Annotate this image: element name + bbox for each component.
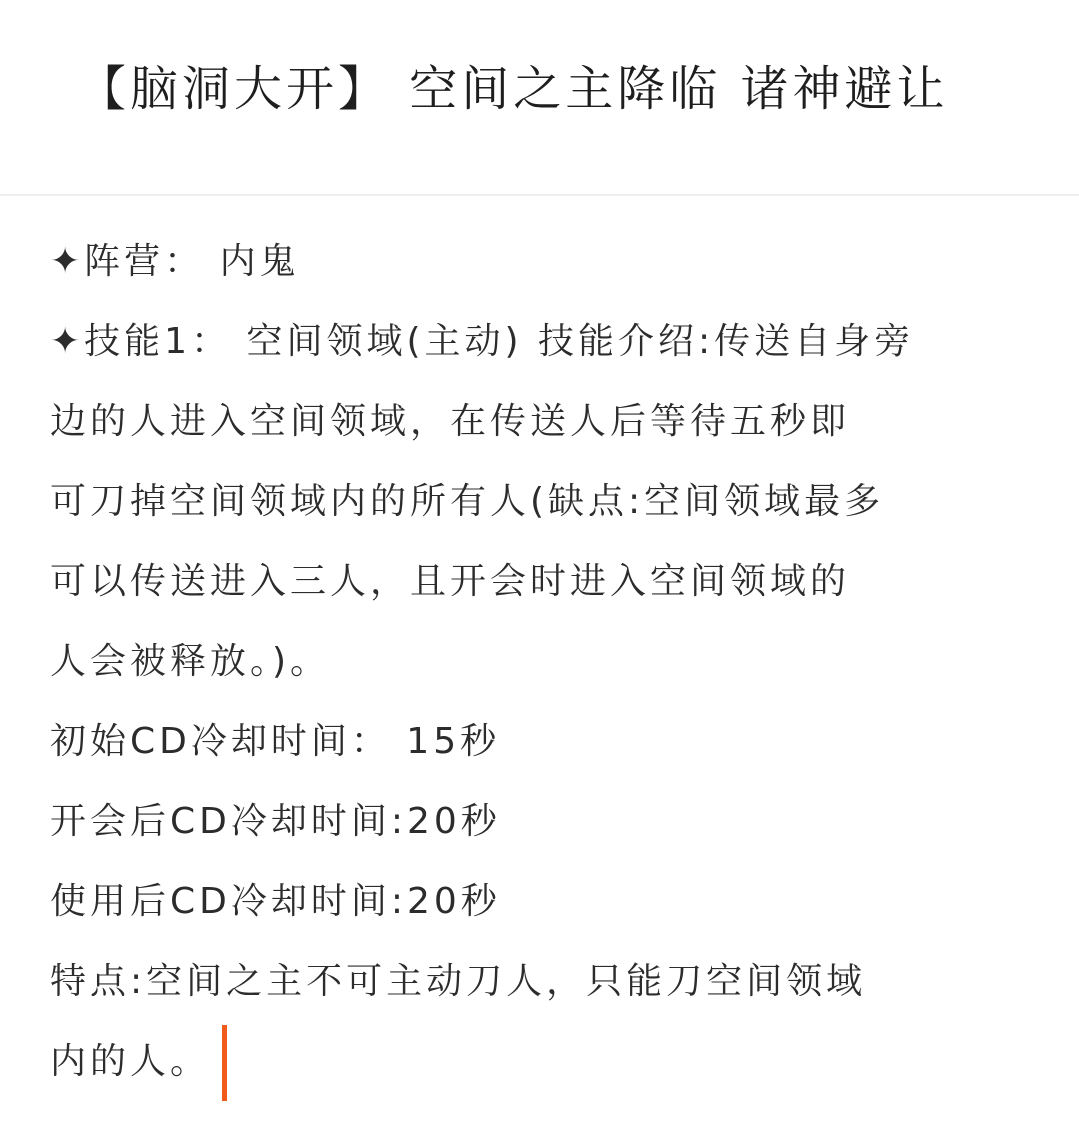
skill-line-4: 可以传送进入三人，且开会时进入空间领域的 xyxy=(50,542,1035,622)
initial-cd-line: 初始CD冷却时间： 15秒 xyxy=(50,702,1035,782)
feature-line-2: 内的人。 xyxy=(50,1022,1035,1102)
text-cursor xyxy=(222,1025,227,1101)
title-divider xyxy=(0,194,1079,196)
article-title-area[interactable]: 【脑洞大开】 空间之主降临 诸神避让 xyxy=(0,0,1079,194)
skill-line-2: 边的人进入空间领域，在传送人后等待五秒即 xyxy=(50,382,1035,462)
feature-line-1: 特点:空间之主不可主动刀人，只能刀空间领域 xyxy=(50,942,1035,1022)
skill-line-1: ✦技能1： 空间领域(主动) 技能介绍:传送自身旁 xyxy=(50,302,1035,382)
meeting-cd-line: 开会后CD冷却时间:20秒 xyxy=(50,782,1035,862)
feature-line-2-text: 内的人。 xyxy=(50,1041,210,1082)
article-title[interactable]: 【脑洞大开】 空间之主降临 诸神避让 xyxy=(78,56,1058,122)
use-cd-line: 使用后CD冷却时间:20秒 xyxy=(50,862,1035,942)
article-body-editor[interactable]: ✦阵营： 内鬼 ✦技能1： 空间领域(主动) 技能介绍:传送自身旁 边的人进入空… xyxy=(50,222,1035,1102)
skill-line-5: 人会被释放。)。 xyxy=(50,622,1035,702)
skill-line-3: 可刀掉空间领域内的所有人(缺点:空间领域最多 xyxy=(50,462,1035,542)
faction-line: ✦阵营： 内鬼 xyxy=(50,222,1035,302)
